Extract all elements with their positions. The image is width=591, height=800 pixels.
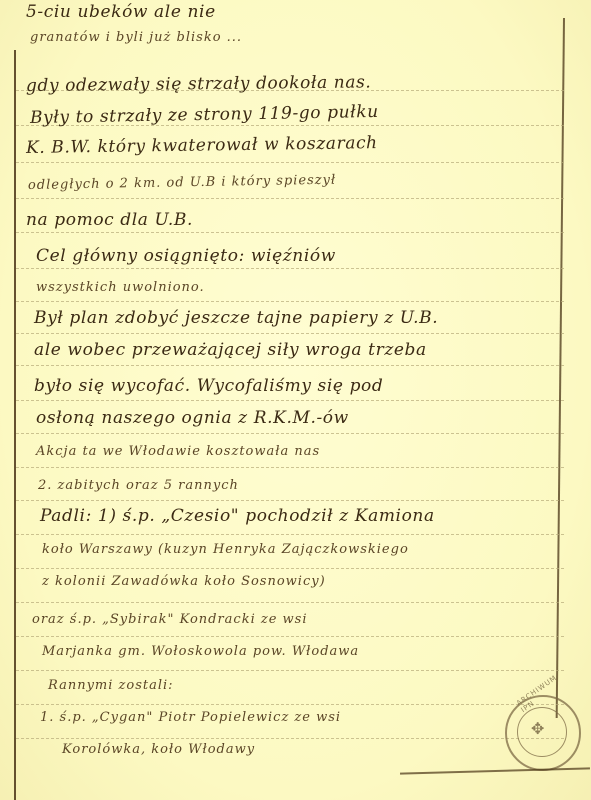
ruled-line [16, 568, 564, 569]
text-line: Był plan zdobyć jeszcze tajne papiery z … [34, 308, 438, 328]
bottom-rule-line [400, 767, 590, 774]
ruled-line [16, 333, 564, 334]
ruled-line [16, 534, 564, 535]
text-line: koło Warszawy (kuzyn Henryka Zajączkowsk… [42, 542, 409, 557]
text-line: odległych o 2 km. od U.B i który spieszy… [28, 173, 336, 193]
ruled-line [16, 433, 564, 434]
text-line: 5-ciu ubeków ale nie [26, 2, 216, 22]
ruled-line [16, 162, 564, 163]
text-line: K. B.W. który kwaterował w koszarach [26, 133, 378, 158]
text-line: Marjanka gm. Wołoskowola pow. Włodawa [42, 644, 359, 659]
text-line: Akcja ta we Włodawie kosztowała nas [36, 444, 320, 459]
text-line: wszystkich uwolniono. [36, 280, 205, 295]
text-line: 1. ś.p. „Cygan" Piotr Popielewicz ze wsi [40, 710, 341, 725]
text-line: granatów i byli już blisko ... [30, 30, 242, 45]
ruled-line [16, 500, 564, 501]
document-page: 5-ciu ubeków ale nie granatów i byli już… [0, 0, 591, 800]
ruled-line [16, 467, 564, 468]
text-line: Korolówka, koło Włodawy [62, 742, 255, 757]
eagle-emblem-icon: ✥ [531, 719, 544, 738]
text-line: oraz ś.p. „Sybirak" Kondracki ze wsi [32, 612, 308, 627]
ruled-line [16, 365, 564, 366]
text-line: z kolonii Zawadówka koło Sosnowicy) [42, 574, 326, 589]
text-line: Rannymi zostali: [48, 678, 174, 693]
ruled-line [16, 232, 564, 233]
ruled-line [16, 738, 564, 739]
text-line: Padli: 1) ś.p. „Czesio" pochodził z Kami… [40, 506, 435, 526]
ruled-line [16, 636, 564, 637]
text-line: 2. zabitych oraz 5 rannych [38, 478, 239, 493]
text-line: osłoną naszego ognia z R.K.M.-ów [36, 408, 349, 428]
text-line: na pomoc dla U.B. [26, 210, 193, 230]
text-line: gdy odezwały się strzały dookoła nas. [26, 72, 372, 96]
ruled-line [16, 301, 564, 302]
ruled-line [16, 670, 564, 671]
text-line: ale wobec przeważającej siły wroga trzeb… [34, 340, 427, 360]
archive-stamp: ARCHIWUM IPN ✥ [505, 695, 581, 771]
ruled-line [16, 400, 564, 401]
ruled-line [16, 268, 564, 269]
ruled-line [16, 602, 564, 603]
text-line: było się wycofać. Wycofaliśmy się pod [34, 376, 383, 396]
right-margin-line [556, 18, 565, 718]
ruled-line [16, 704, 564, 705]
text-line: Cel główny osiągnięto: więźniów [36, 246, 336, 266]
ruled-line [16, 198, 564, 199]
